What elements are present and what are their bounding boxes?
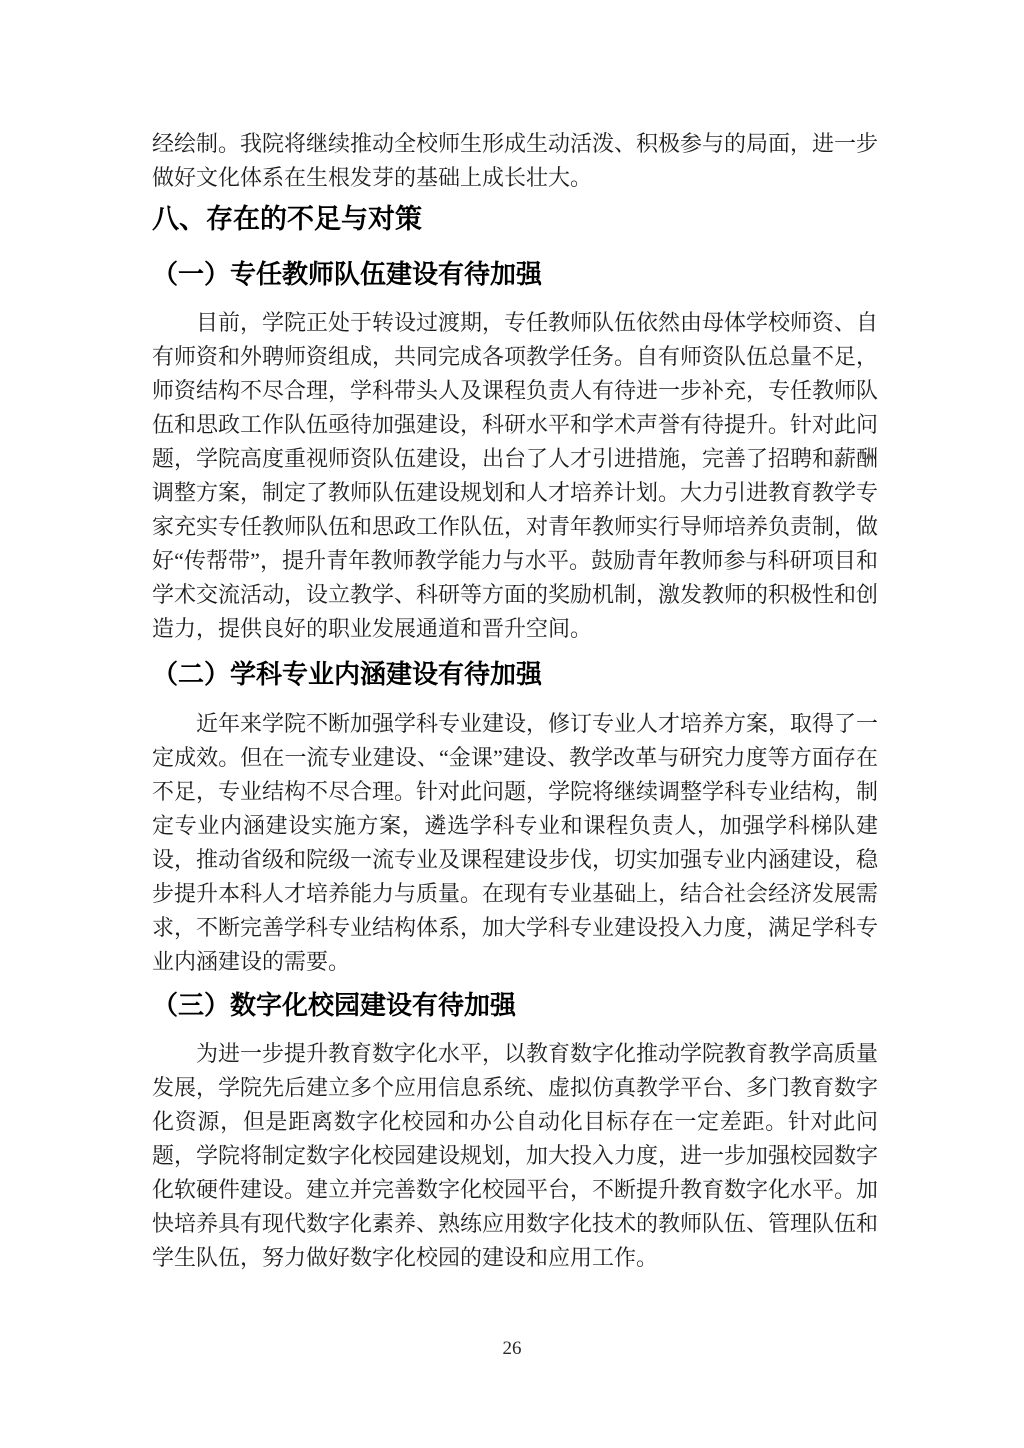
page-content: 经绘制。我院将继续推动全校师生形成生动活泼、积极参与的局面，进一步做好文化体系在… xyxy=(152,0,878,1275)
document-page: 经绘制。我院将继续推动全校师生形成生动活泼、积极参与的局面，进一步做好文化体系在… xyxy=(0,0,1024,1448)
subsection-2-paragraph: 近年来学院不断加强学科专业建设，修订专业人才培养方案，取得了一定成效。但在一流专… xyxy=(152,707,878,979)
subsection-1-paragraph: 目前，学院正处于转设过渡期，专任教师队伍依然由母体学校师资、自有师资和外聘师资组… xyxy=(152,306,878,646)
subsection-1-heading: （一）专任教师队伍建设有待加强 xyxy=(152,256,878,292)
subsection-3-heading: （三）数字化校园建设有待加强 xyxy=(152,987,878,1023)
chapter-heading: 八、存在的不足与对策 xyxy=(152,200,878,238)
subsection-2-heading: （二）学科专业内涵建设有待加强 xyxy=(152,656,878,692)
page-number: 26 xyxy=(0,1337,1024,1361)
paragraph-continuation: 经绘制。我院将继续推动全校师生形成生动活泼、积极参与的局面，进一步做好文化体系在… xyxy=(152,127,878,195)
subsection-3-paragraph: 为进一步提升教育数字化水平，以教育数字化推动学院教育教学高质量发展，学院先后建立… xyxy=(152,1037,878,1275)
